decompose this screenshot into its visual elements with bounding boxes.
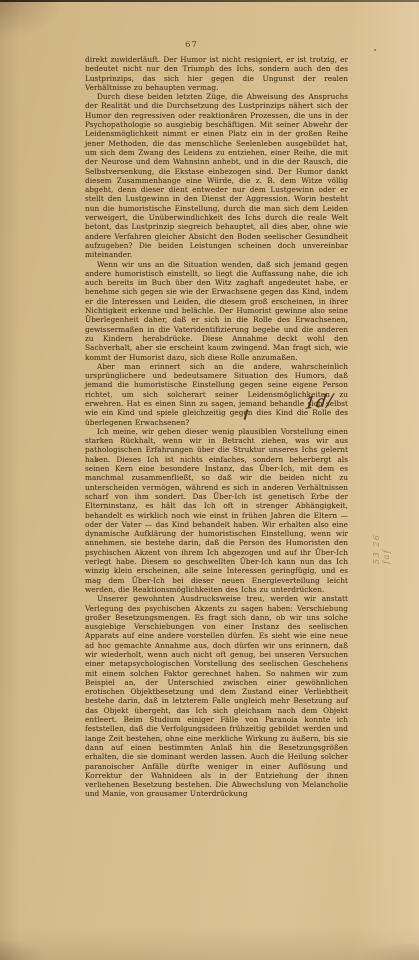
handwritten-ink-margin-note: 1d/ xyxy=(304,390,335,413)
paragraph: direkt zuwiderläuft. Der Humor ist nicht… xyxy=(85,55,348,92)
page-top-edge-shadow xyxy=(0,0,419,2)
scanned-book-page: 67 direkt zuwiderläuft. Der Humor ist ni… xyxy=(0,0,419,960)
handwritten-pencil-margin-note: 53 26 faf xyxy=(372,498,392,564)
paragraph: Ich meine, wir geben dieser wenig plausi… xyxy=(85,427,348,594)
paper-speck xyxy=(374,49,376,51)
page-number: 67 xyxy=(0,40,401,50)
page-bottom-edge-shadow xyxy=(0,934,419,960)
paragraph: Durch diese beiden letzten Züge, die Abw… xyxy=(85,92,348,259)
paper-speck xyxy=(96,459,98,462)
paragraph: Wenn wir uns an die Situation wenden, da… xyxy=(85,260,348,362)
paragraph: Unserer gewohnten Ausdrucksweise treu, w… xyxy=(85,594,348,799)
body-text: direkt zuwiderläuft. Der Humor ist nicht… xyxy=(85,55,348,799)
